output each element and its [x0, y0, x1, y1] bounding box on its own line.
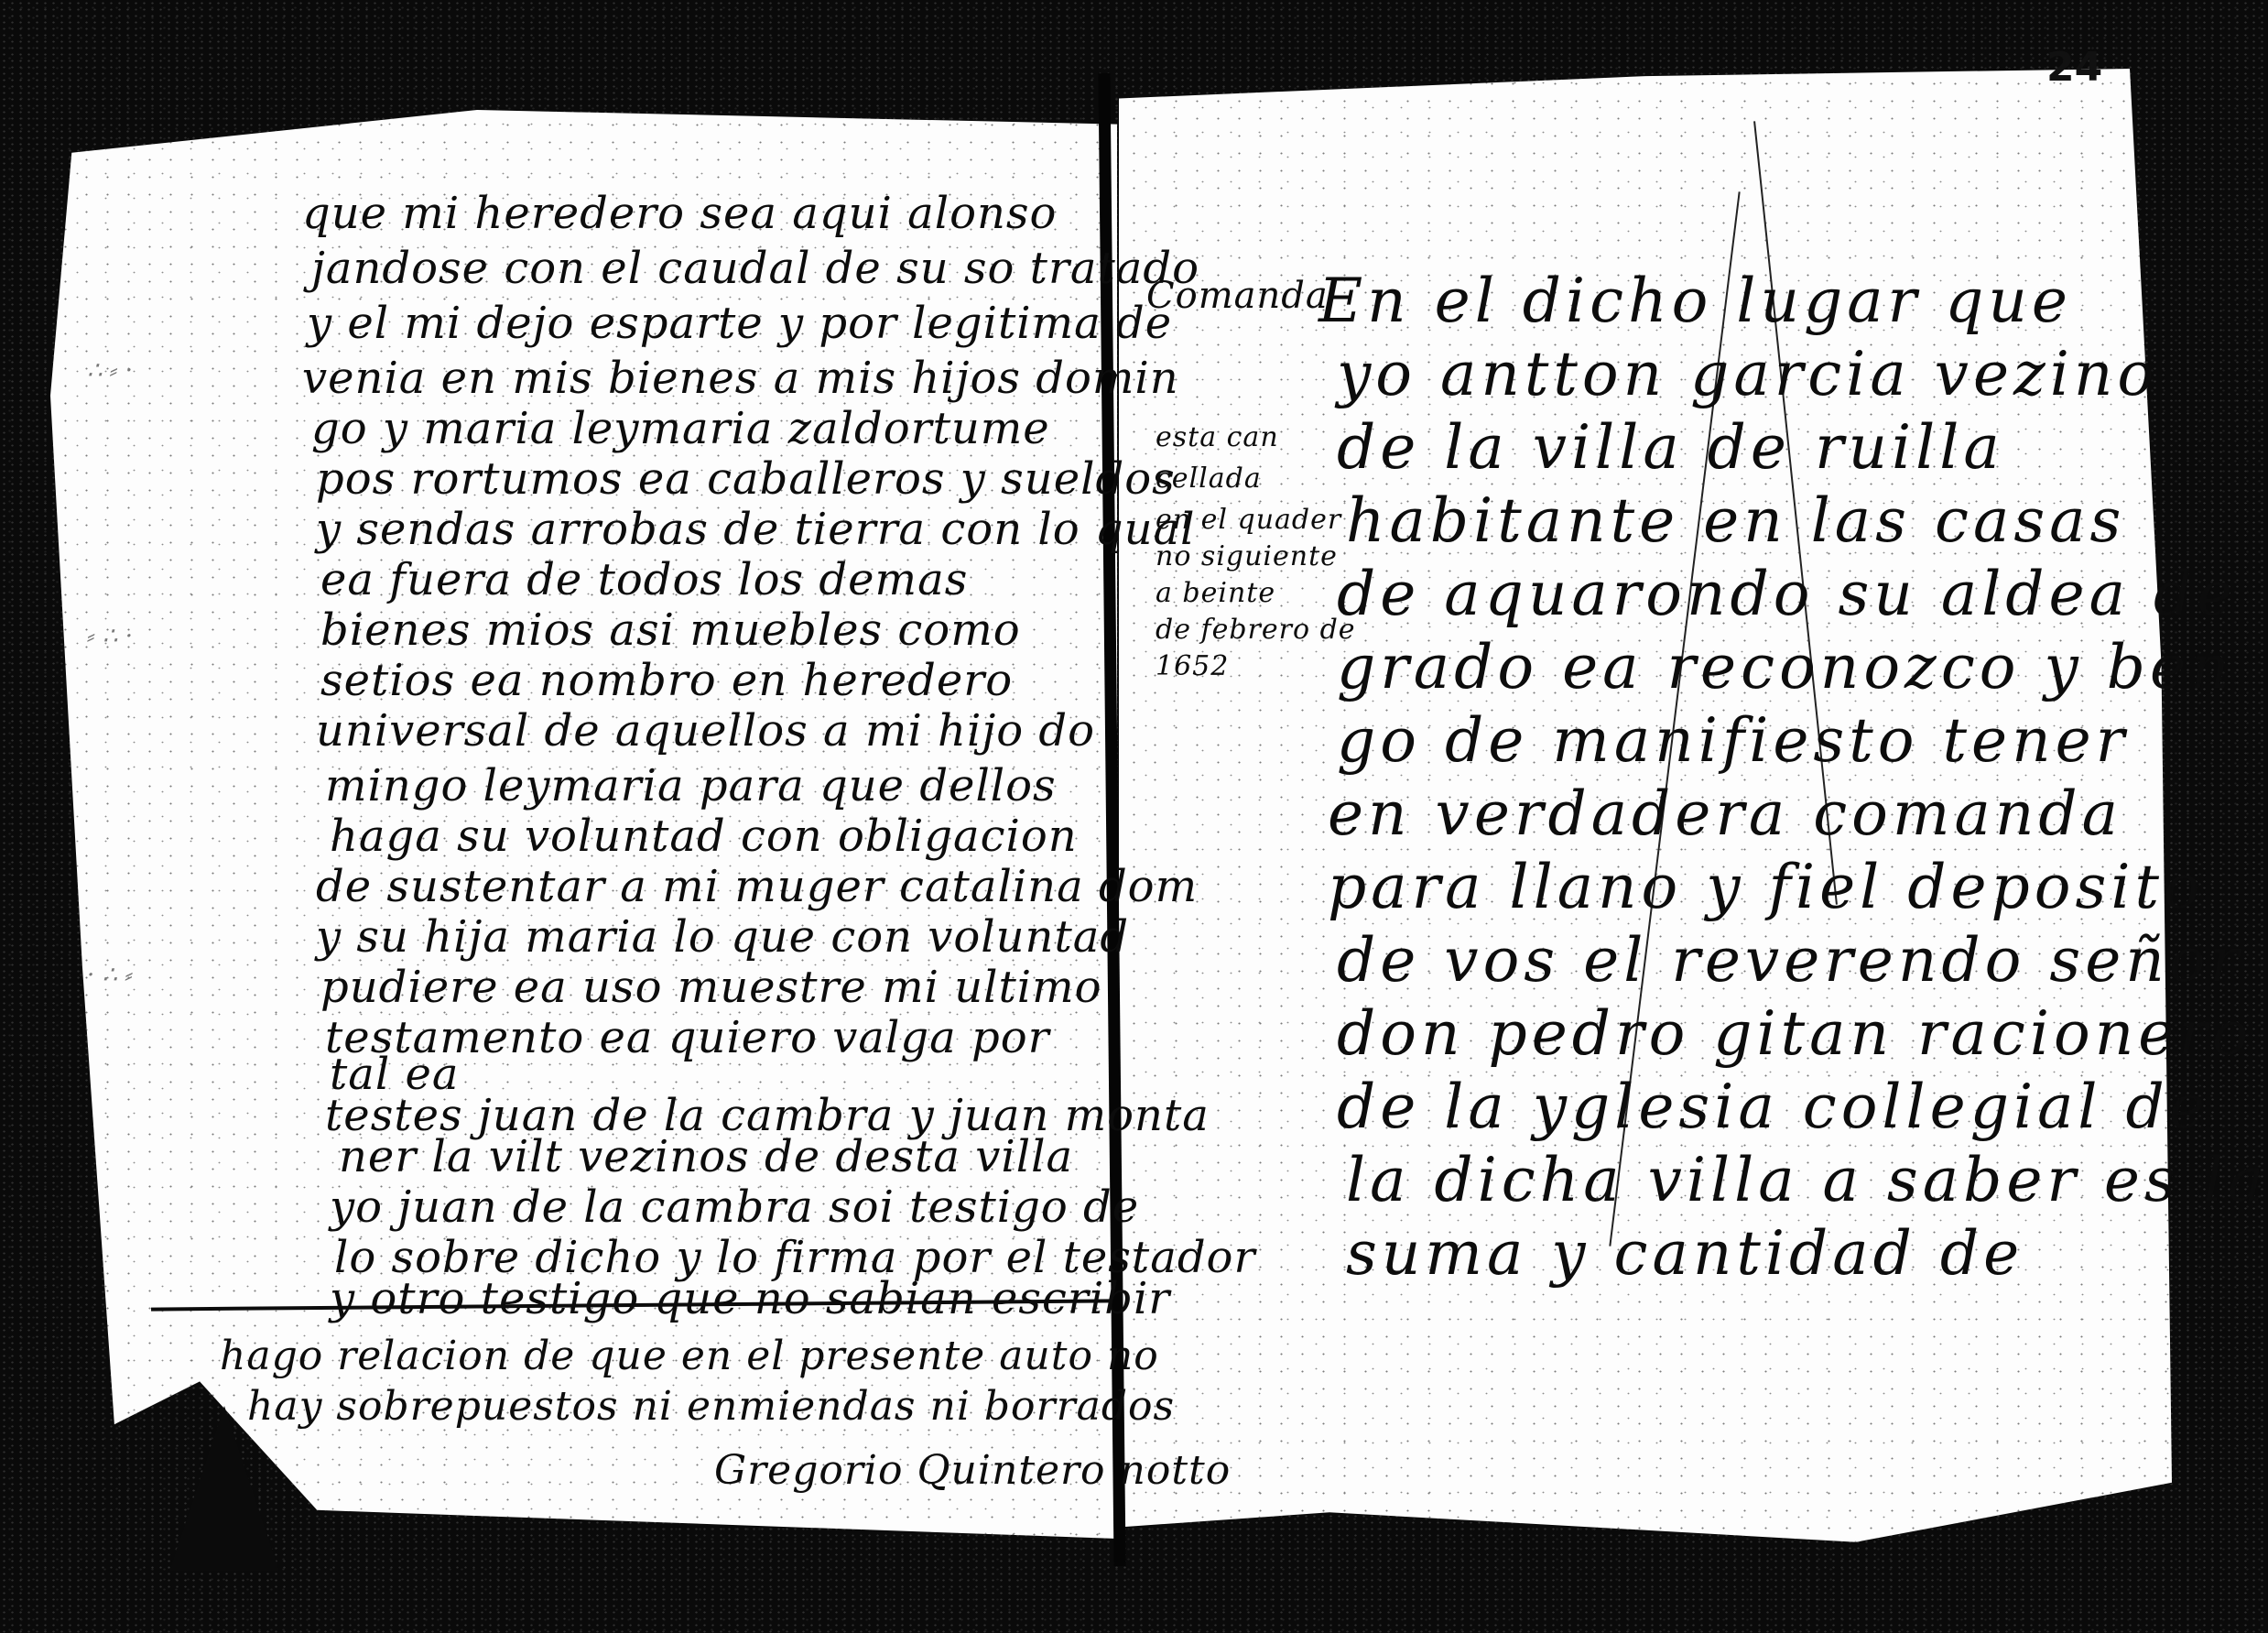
manuscript-line: para llano y fiel deposito [1328, 852, 2205, 922]
margin-line: a beinte [1156, 577, 1275, 609]
bleed-through-mark: ⸗ ∴ · [87, 623, 133, 650]
manuscript-line: jandose con el caudal de su so tratado [311, 243, 1199, 294]
manuscript-line: y el mi dejo esparte y por legitima de [307, 298, 1172, 349]
margin-line: cellada [1156, 463, 1262, 495]
manuscript-line: haga su voluntad con obligacion [330, 811, 1078, 862]
margin-line: esta can [1156, 421, 1279, 453]
bleed-through-mark: ∴ ⸗ · [87, 357, 133, 385]
manuscript-line: y su hija maria lo que con voluntad [316, 911, 1129, 963]
manuscript-line: bienes mios asi muebles como [320, 604, 1021, 656]
manuscript-line: y sendas arrobas de tierra con lo qual [316, 504, 1195, 555]
manuscript-line: la dicha villa a saber es la [1346, 1145, 2268, 1215]
manuscript-line: habitante en las casas [1346, 485, 2125, 556]
manuscript-line: y otro testigo que no sabian escribir [330, 1273, 1170, 1324]
manuscript-line: pudiere ea uso muestre mi ultimo [320, 962, 1102, 1013]
manuscript-line: grado ea reconozco y ben [1337, 632, 2234, 702]
manuscript-line: de la yglesia collegial de [1337, 1072, 2209, 1142]
manuscript-line: pos rortumos ea caballeros y sueldos [316, 453, 1176, 505]
manuscript-line: yo antton garcia vezino [1337, 339, 2158, 409]
manuscript-line: venia en mis bienes a mis hijos domin [302, 353, 1179, 404]
margin-line: de febrero de [1156, 614, 1356, 646]
manuscript-line: mingo leymaria para que dellos [325, 760, 1057, 811]
manuscript-line: yo juan de la cambra soi testigo de [330, 1181, 1139, 1233]
manuscript-line: en verdadera comanda [1328, 778, 2122, 849]
manuscript-line: que mi heredero sea aqui alonso [302, 188, 1057, 239]
bleed-through-mark: · ∴ ⸗ [87, 962, 133, 989]
certification-line: hago relacion de que en el presente auto… [220, 1333, 1159, 1379]
manuscript-line: universal de aquellos a mi hijo do [316, 705, 1095, 757]
manuscript-line: setios ea nombro en heredero [320, 655, 1013, 706]
manuscript-line: de la villa de ruilla [1337, 412, 2004, 483]
manuscript-line: ner la vilt vezinos de desta villa [339, 1131, 1073, 1182]
notary-signature: Gregorio Quintero notto [714, 1447, 1231, 1494]
margin-line: no siguiente [1156, 540, 1338, 572]
margin-heading: Comanda [1146, 275, 1329, 317]
manuscript-line: go y maria leymaria zaldortume [311, 403, 1050, 454]
bookmark-ribbon [169, 1406, 279, 1571]
certification-line: hay sobrepuestos ni enmiendas ni borrado… [247, 1383, 1175, 1430]
manuscript-line: de vos el reverendo señor [1337, 925, 2243, 996]
manuscript-line: don pedro gitan racionero [1337, 998, 2253, 1069]
page-number: 24 [2046, 44, 2102, 91]
manuscript-line: de sustentar a mi muger catalina dom [316, 861, 1198, 912]
manuscript-line: suma y cantidad de [1346, 1218, 2024, 1289]
manuscript-line: En el dicho lugar que [1318, 266, 2072, 336]
manuscript-line: de aquarondo su aldea de [1337, 559, 2237, 629]
manuscript-line: ea fuera de todos los demas [320, 554, 968, 605]
margin-line: 1652 [1156, 650, 1229, 682]
manuscript-line: go de manifiesto tener [1337, 705, 2129, 776]
margin-line: en el quader [1156, 504, 1341, 536]
